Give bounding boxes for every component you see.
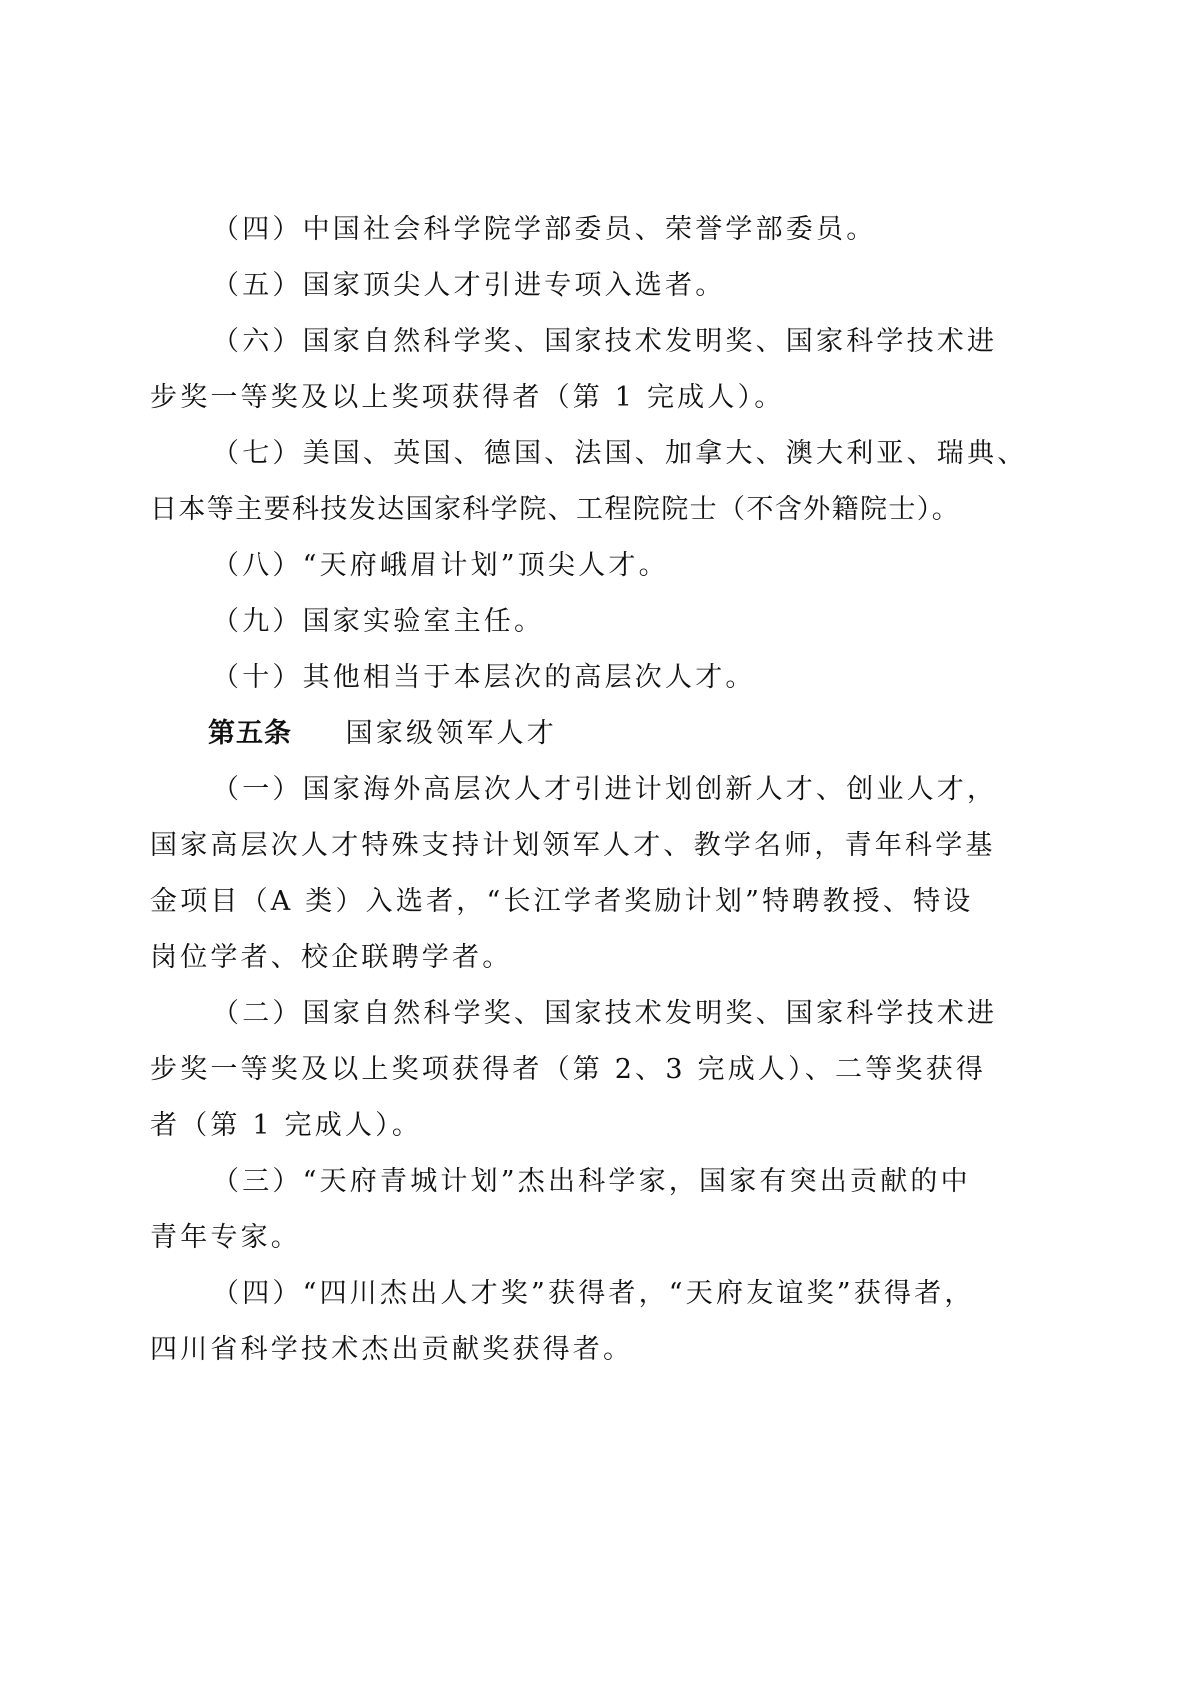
paragraph-line: 岗位学者、校企联聘学者。 xyxy=(150,941,512,975)
paragraph-line: （六）国家自然科学奖、国家技术发明奖、国家科学技术进 xyxy=(212,325,997,359)
paragraph-line: 国家高层次人才特殊支持计划领军人才、教学名师，青年科学基 xyxy=(150,829,996,863)
paragraph-line: 青年专家。 xyxy=(150,1221,301,1255)
paragraph-line: （八）“天府峨眉计划”顶尖人才。 xyxy=(212,549,669,583)
paragraph-line: （三）“天府青城计划”杰出科学家，国家有突出贡献的中 xyxy=(212,1165,971,1199)
paragraph-line: （九）国家实验室主任。 xyxy=(212,605,544,639)
paragraph-line: 者（第 1 完成人）。 xyxy=(150,1109,422,1143)
paragraph-line: 四川省科学技术杰出贡献奖获得者。 xyxy=(150,1333,633,1367)
paragraph-line: （四）“四川杰出人才奖”获得者，“天府友谊奖”获得者， xyxy=(212,1277,975,1311)
paragraph-line: （五）国家顶尖人才引进专项入选者。 xyxy=(212,269,725,303)
paragraph-line: 金项目（A 类）入选者，“长江学者奖励计划”特聘教授、特设 xyxy=(150,885,974,919)
paragraph-line: （十）其他相当于本层次的高层次人才。 xyxy=(212,661,756,695)
article-heading: 第五条 国家级领军人才 xyxy=(208,717,557,751)
paragraph-line: 步奖一等奖及以上奖项获得者（第 1 完成人）。 xyxy=(150,381,784,415)
paragraph-line: 步奖一等奖及以上奖项获得者（第 2、3 完成人）、二等奖获得 xyxy=(150,1053,986,1087)
paragraph-line: 日本等主要科技发达国家科学院、工程院院士（不含外籍院士）。 xyxy=(150,493,960,527)
paragraph-line: （七）美国、英国、德国、法国、加拿大、澳大利亚、瑞典、 xyxy=(212,437,1027,471)
article-number: 第五条 xyxy=(208,718,292,749)
article-title: 国家级领军人才 xyxy=(346,718,557,749)
paragraph-line: （四）中国社会科学院学部委员、荣誉学部委员。 xyxy=(212,213,876,247)
paragraph-line: （一）国家海外高层次人才引进计划创新人才、创业人才， xyxy=(212,773,997,807)
paragraph-line: （二）国家自然科学奖、国家技术发明奖、国家科学技术进 xyxy=(212,997,997,1031)
